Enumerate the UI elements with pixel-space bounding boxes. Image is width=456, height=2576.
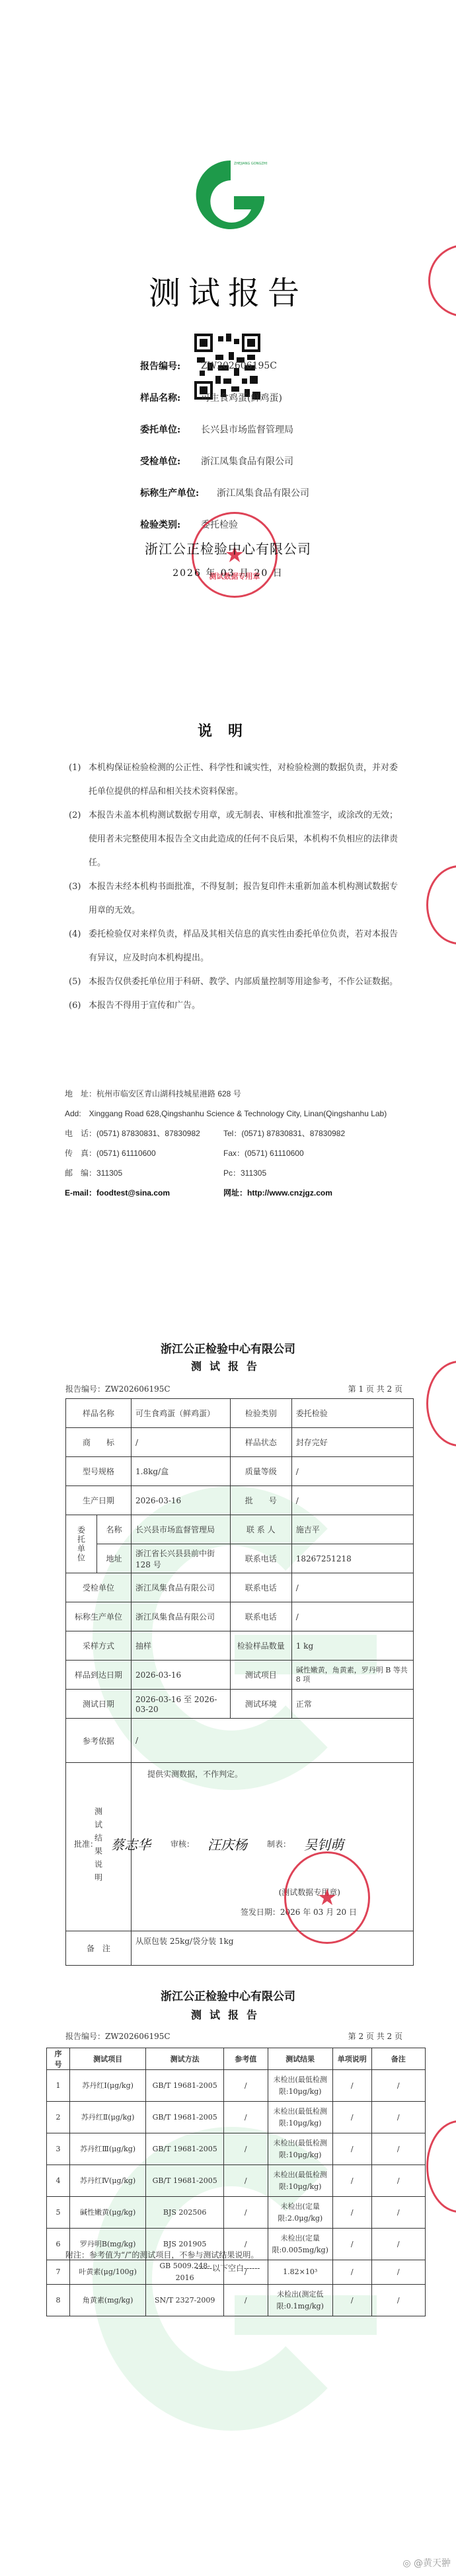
table-row: 5碱性嫩黄(μg/kg)BJS 202506/未检出(定量限:2.0μg/kg)… <box>47 2197 426 2229</box>
note-num: (6) <box>69 994 89 1018</box>
table-row: 测试日期2026-03-16 至 2026-03-20测试环境正常 <box>66 1690 414 1719</box>
cell: / <box>371 2197 425 2229</box>
cell-label: 测试项目 <box>230 1661 291 1690</box>
table-row: 样品到达日期2026-03-16测试项目碱性嫩黄，角黄素，罗丹明 B 等共 8 … <box>66 1661 414 1690</box>
approve-label: 批准： <box>74 1838 98 1849</box>
cell: 未检出(最低检测限:10μg/kg) <box>268 2102 332 2133</box>
weibo-watermark: ◎ @黄天翀 <box>402 2556 451 2569</box>
note-item: (4)委托检验仅对来样负责，样品及其相关信息的真实性由委托单位负责，若对本报告有… <box>69 923 406 970</box>
cell-value: 委托检验 <box>291 1399 413 1428</box>
table-row: 1苏丹红Ⅰ(μg/kg)GB/T 19681-2005/未检出(最低检测限:10… <box>47 2070 426 2102</box>
cell-label: 检验样品数量 <box>230 1631 291 1661</box>
table-row: 生产日期2026-03-16批 号/ <box>66 1486 414 1515</box>
report-org: 浙江公正检验中心有限公司 <box>0 1987 456 2003</box>
notes-list: (1)本机构保证检验检测的公正性、科学性和诚实性，对检验检测的数据负责，并对委托… <box>69 756 406 1018</box>
cell-label: 地址 <box>97 1544 132 1573</box>
note-num: (1) <box>69 756 89 804</box>
col-header: 参考值 <box>223 2048 268 2070</box>
cell-label: 名称 <box>97 1515 132 1544</box>
info-row-client: 委托单位:长兴县市场监督管理局 <box>140 413 418 445</box>
weibo-icon: ◎ <box>402 2558 410 2569</box>
cell-label: 样品到达日期 <box>66 1661 132 1690</box>
report-meta: 报告编号：ZW202606195C 第 2 页 共 2 页 <box>65 2030 402 2042</box>
cell: / <box>371 2102 425 2133</box>
tel-en: Tel：(0571) 87830831、87830982 <box>223 1127 345 1139</box>
cover-date: 2026 年 03 月 20 日 <box>0 566 456 579</box>
notes-page: 说明 (1)本机构保证检验检测的公正性、科学性和诚实性，对检验检测的数据负责，并… <box>0 694 456 1288</box>
contact-address-en: Add: Xinggang Road 628,Qingshanhu Scienc… <box>65 1103 435 1123</box>
contact-post-row: 邮 编：311305Pc：311305 <box>65 1163 435 1182</box>
company-logo-icon: ZHEJIANG GONGZHENG <box>194 155 267 248</box>
report-number: 报告编号：ZW202606195C <box>65 1383 171 1394</box>
info-row-category: 检验类别:委托检验 <box>140 509 418 540</box>
cover-page: ZHEJIANG GONGZHENG 测试报告 报告编号:ZW202606195… <box>0 0 456 661</box>
table-header-row: 序号 测试项目 测试方法 参考值 测试结果 单项说明 备注 <box>47 2048 426 2070</box>
cell: GB/T 19681-2005 <box>146 2070 224 2102</box>
cell-label: 测试日期 <box>66 1690 132 1719</box>
info-row-inspected: 受检单位:浙江凤集食品有限公司 <box>140 445 418 477</box>
report-org: 浙江公正检验中心有限公司 <box>0 1340 456 1356</box>
value: ZW202606195C <box>201 361 277 371</box>
label: 检验类别: <box>140 518 201 531</box>
tel-cn: 电 话：(0571) 87830831、87830982 <box>65 1127 223 1139</box>
cell: / <box>223 2070 268 2102</box>
cell: 未检出(定量限:0.005mg/kg) <box>268 2229 332 2260</box>
cover-info: 报告编号:ZW202606195C 样品名称:可生食鸡蛋(鲜鸡蛋) 委托单位:长… <box>140 350 418 540</box>
cell: 未检出(最低检测限:10μg/kg) <box>268 2070 332 2102</box>
cover-title: 测试报告 <box>0 268 456 313</box>
note-num: (5) <box>69 970 89 994</box>
note-text: 本报告未经本机构书面批准，不得复制；报告复印件未重新加盖本机构测试数据专用章的无… <box>89 875 406 923</box>
contact-info: 地 址：杭州市临安区青山湖科技城星港路 628 号 Add: Xinggang … <box>65 1083 435 1202</box>
cell-value: 施吉平 <box>291 1515 413 1544</box>
table-row: 型号规格1.8kg/盒质量等级/ <box>66 1457 414 1486</box>
note-item: (6)本报告不得用于宣传和广告。 <box>69 994 406 1018</box>
label: 标称生产单位: <box>140 486 217 499</box>
cell-label: 联系电话 <box>230 1602 291 1631</box>
cell-value: 1 kg <box>291 1631 413 1661</box>
prepare-signature: 吴钊萌 <box>304 1834 344 1853</box>
fax-cn: 传 真：(0571) 61110600 <box>65 1147 223 1159</box>
cell-label: 型号规格 <box>66 1457 132 1486</box>
cell: / <box>332 2285 371 2316</box>
cell: GB/T 19681-2005 <box>146 2102 224 2133</box>
cell-value: 浙江凤集食品有限公司 <box>132 1602 231 1631</box>
cell: / <box>332 2133 371 2165</box>
cell: 未检出(最低检测限:10μg/kg) <box>268 2165 332 2197</box>
label: 委托单位: <box>140 423 201 436</box>
table-row: 商 标/样品状态封存完好 <box>66 1428 414 1457</box>
contact-fax-row: 传 真：(0571) 61110600Fax：(0571) 61110600 <box>65 1143 435 1163</box>
table-row: 4苏丹红Ⅳ(μg/kg)GB/T 19681-2005/未检出(最低检测限:10… <box>47 2165 426 2197</box>
col-header: 测试结果 <box>268 2048 332 2070</box>
post-en: Pc：311305 <box>223 1167 266 1178</box>
report-title: 测试报告 <box>0 1358 456 1373</box>
note-num: (4) <box>69 923 89 970</box>
results-table: 序号 测试项目 测试方法 参考值 测试结果 单项说明 备注 1苏丹红Ⅰ(μg/k… <box>46 2048 426 2316</box>
col-header: 备注 <box>371 2048 425 2070</box>
cell: 3 <box>47 2133 70 2165</box>
cell: / <box>332 2102 371 2133</box>
cell-label: 受检单位 <box>66 1573 132 1602</box>
edge-seal-icon <box>426 2120 456 2213</box>
note-item: (5)本报告仅供委托单位用于科研、教学、内部质量控制等用途参考，不作公证数据。 <box>69 970 406 994</box>
cell-value: 封存完好 <box>291 1428 413 1457</box>
note-text: 本机构保证检验检测的公正性、科学性和诚实性，对检验检测的数据负责，并对委托单位提… <box>89 756 406 804</box>
svg-text:ZHEJIANG GONGZHENG: ZHEJIANG GONGZHENG <box>234 162 267 166</box>
cell: / <box>223 2197 268 2229</box>
cell: 5 <box>47 2197 70 2229</box>
value: 浙江凤集食品有限公司 <box>217 486 309 499</box>
cell: 未检出(最低检测限:10μg/kg) <box>268 2133 332 2165</box>
cell: / <box>223 2133 268 2165</box>
edge-seal-icon <box>426 865 456 945</box>
report-title: 测试报告 <box>0 2007 456 2022</box>
cell-value: / <box>291 1486 413 1515</box>
prepare-label: 制表： <box>267 1838 291 1849</box>
table-row: 2苏丹红Ⅱ(μg/kg)GB/T 19681-2005/未检出(最低检测限:10… <box>47 2102 426 2133</box>
email-link[interactable]: E-mail：foodtest@sina.com <box>65 1187 223 1198</box>
info-row-producer: 标称生产单位:浙江凤集食品有限公司 <box>140 477 418 509</box>
cell-value: / <box>291 1573 413 1602</box>
cell: GB/T 19681-2005 <box>146 2165 224 2197</box>
fax-en: Fax：(0571) 61110600 <box>223 1147 304 1159</box>
label: 受检单位: <box>140 454 201 468</box>
cell-label: 测试环境 <box>230 1690 291 1719</box>
note-num: (2) <box>69 804 89 875</box>
cell: SN/T 2327-2009 <box>146 2285 224 2316</box>
info-row-report-no: 报告编号:ZW202606195C <box>140 350 418 382</box>
cell: 苏丹红Ⅳ(μg/kg) <box>69 2165 146 2197</box>
cell-label: 批 号 <box>230 1486 291 1515</box>
cell-label: 标称生产单位 <box>66 1602 132 1631</box>
cell: 未检出(测定低限:0.1mg/kg) <box>268 2285 332 2316</box>
approve-signature: 蔡志华 <box>111 1834 151 1853</box>
cell: 角黄素(mg/kg) <box>69 2285 146 2316</box>
cell-value: 浙江凤集食品有限公司 <box>132 1573 231 1602</box>
cell: / <box>223 2285 268 2316</box>
sample-info-table: 样品名称可生食鸡蛋（鲜鸡蛋）检验类别委托检验 商 标/样品状态封存完好 型号规格… <box>65 1398 414 1966</box>
label: 报告编号: <box>140 359 201 373</box>
cell: / <box>371 2165 425 2197</box>
cell: / <box>371 2285 425 2316</box>
cell-value: 从原包装 25kg/袋分装 1kg <box>132 1931 414 1966</box>
cell-value: 长兴县市场监督管理局 <box>132 1515 231 1544</box>
cell-label: 联系电话 <box>230 1573 291 1602</box>
website-link[interactable]: 网址：http://www.cnzjgz.com <box>223 1187 332 1198</box>
cell-label: 样品状态 <box>230 1428 291 1457</box>
page-label: 第 2 页 共 2 页 <box>348 2030 402 2042</box>
weibo-username: @黄天翀 <box>414 2558 451 2569</box>
cell-value: / <box>291 1457 413 1486</box>
cell-group-label: 委托单位 <box>66 1515 97 1573</box>
report-meta: 报告编号：ZW202606195C 第 1 页 共 2 页 <box>65 1383 402 1394</box>
table-row: 受检单位浙江凤集食品有限公司联系电话/ <box>66 1573 414 1602</box>
cell: 碱性嫩黄(μg/kg) <box>69 2197 146 2229</box>
cell: 未检出(定量限:2.0μg/kg) <box>268 2197 332 2229</box>
cell: 苏丹红Ⅱ(μg/kg) <box>69 2102 146 2133</box>
signature-row: 批准：蔡志华 审核：汪庆杨 制表：吴钊萌 <box>74 1834 391 1853</box>
cell: 8 <box>47 2285 70 2316</box>
post-cn: 邮 编：311305 <box>65 1167 223 1178</box>
cell-value: 2026-03-16 至 2026-03-20 <box>132 1690 231 1719</box>
table-row: 委托单位名称长兴县市场监督管理局联 系 人施吉平 <box>66 1515 414 1544</box>
col-header: 测试方法 <box>146 2048 224 2070</box>
edge-seal-icon <box>426 1361 456 1447</box>
cell-value: 可生食鸡蛋（鲜鸡蛋） <box>132 1399 231 1428</box>
cell: 4 <box>47 2165 70 2197</box>
cell-value: 18267251218 <box>291 1544 413 1573</box>
cell: GB/T 19681-2005 <box>146 2133 224 2165</box>
cell-value: 浙江省长兴县县前中街 128 号 <box>132 1544 231 1573</box>
cell-value: 2026-03-16 <box>132 1661 231 1690</box>
cell-label: 备 注 <box>66 1931 132 1966</box>
col-header: 序号 <box>47 2048 70 2070</box>
cell: 苏丹红Ⅲ(μg/kg) <box>69 2133 146 2165</box>
cell-value: 1.8kg/盒 <box>132 1457 231 1486</box>
note-item: (2)本报告未盖本机构测试数据专用章，或无制表、审核和批准签字，或涂改的无效；使… <box>69 804 406 875</box>
cell: / <box>332 2197 371 2229</box>
col-header: 测试项目 <box>69 2048 146 2070</box>
value: 长兴县市场监督管理局 <box>201 423 293 436</box>
cell-value: / <box>291 1602 413 1631</box>
cell: 2 <box>47 2102 70 2133</box>
cell-label: 检验类别 <box>230 1399 291 1428</box>
table-row: 备 注从原包装 25kg/袋分装 1kg <box>66 1931 414 1966</box>
cell-label: 生产日期 <box>66 1486 132 1515</box>
note-text: 委托检验仅对来样负责，样品及其相关信息的真实性由委托单位负责，若对本报告有异议，… <box>89 923 406 970</box>
note-item: (3)本报告未经本机构书面批准，不得复制；报告复印件未重新加盖本机构测试数据专用… <box>69 875 406 923</box>
cell: BJS 202506 <box>146 2197 224 2229</box>
cell: 1 <box>47 2070 70 2102</box>
note-num: (3) <box>69 875 89 923</box>
label: 样品名称: <box>140 391 201 404</box>
value: 可生食鸡蛋(鲜鸡蛋) <box>201 391 282 404</box>
cell: / <box>332 2070 371 2102</box>
cell: / <box>371 2133 425 2165</box>
footnote: 附注：参考值为“/”的测试项目，不参与测试结果说明。 <box>65 2249 258 2260</box>
cell-value: 2026-03-16 <box>132 1486 231 1515</box>
table-row: 地址浙江省长兴县县前中街 128 号联系电话18267251218 <box>66 1544 414 1573</box>
cell-label: 质量等级 <box>230 1457 291 1486</box>
cell: / <box>332 2229 371 2260</box>
blank-marker: ------以下空白------ <box>0 2262 456 2273</box>
cell: / <box>332 2165 371 2197</box>
cell-label: 商 标 <box>66 1428 132 1457</box>
cell-value: 正常 <box>291 1690 413 1719</box>
result-text: 提供实测数据，不作判定。 <box>147 1768 409 1779</box>
table-row: 标称生产单位浙江凤集食品有限公司联系电话/ <box>66 1602 414 1631</box>
table-row: 3苏丹红Ⅲ(μg/kg)GB/T 19681-2005/未检出(最低检测限:10… <box>47 2133 426 2165</box>
official-seal-icon: ★ <box>284 1851 370 1944</box>
note-text: 本报告不得用于宣传和广告。 <box>89 994 200 1018</box>
notes-title: 说明 <box>0 720 456 740</box>
table-row: 参考依据/ <box>66 1719 414 1763</box>
value: 浙江凤集食品有限公司 <box>201 454 293 468</box>
review-signature: 汪庆杨 <box>208 1834 247 1853</box>
cell-value: 抽样 <box>132 1631 231 1661</box>
info-row-sample-name: 样品名称:可生食鸡蛋(鲜鸡蛋) <box>140 382 418 413</box>
cell-label: 样品名称 <box>66 1399 132 1428</box>
cell-label: 参考依据 <box>66 1719 132 1763</box>
col-header: 单项说明 <box>332 2048 371 2070</box>
cell-value: / <box>132 1428 231 1457</box>
table-row: 样品名称可生食鸡蛋（鲜鸡蛋）检验类别委托检验 <box>66 1399 414 1428</box>
note-text: 本报告未盖本机构测试数据专用章，或无制表、审核和批准签字，或涂改的无效；使用者未… <box>89 804 406 875</box>
cover-org-name: 浙江公正检验中心有限公司 <box>0 538 456 557</box>
review-label: 审核： <box>171 1838 194 1849</box>
cell-value: 碱性嫩黄，角黄素，罗丹明 B 等共 8 项 <box>291 1661 413 1690</box>
cell-label: 联 系 人 <box>230 1515 291 1544</box>
page-label: 第 1 页 共 2 页 <box>348 1383 402 1394</box>
report-page-2: 浙江公正检验中心有限公司 测试报告 报告编号：ZW202606195C 第 2 … <box>0 1982 456 2576</box>
contact-tel-row: 电 话：(0571) 87830831、87830982Tel：(0571) 8… <box>65 1123 435 1143</box>
cell: / <box>371 2229 425 2260</box>
contact-address-cn: 地 址：杭州市临安区青山湖科技城星港路 628 号 <box>65 1083 435 1103</box>
cell-label: 联系电话 <box>230 1544 291 1573</box>
report-number: 报告编号：ZW202606195C <box>65 2030 171 2042</box>
note-item: (1)本机构保证检验检测的公正性、科学性和诚实性，对检验检测的数据负责，并对委托… <box>69 756 406 804</box>
cell-label: 采样方式 <box>66 1631 132 1661</box>
cell: / <box>223 2102 268 2133</box>
note-text: 本报告仅供委托单位用于科研、教学、内部质量控制等用途参考，不作公证数据。 <box>89 970 398 994</box>
cell: 苏丹红Ⅰ(μg/kg) <box>69 2070 146 2102</box>
table-row: 8角黄素(mg/kg)SN/T 2327-2009/未检出(测定低限:0.1mg… <box>47 2285 426 2316</box>
cell: / <box>223 2165 268 2197</box>
cell: / <box>371 2070 425 2102</box>
contact-email-row: E-mail：foodtest@sina.com网址：http://www.cn… <box>65 1182 435 1202</box>
table-row: 采样方式抽样检验样品数量1 kg <box>66 1631 414 1661</box>
cell-value: / <box>132 1719 414 1763</box>
